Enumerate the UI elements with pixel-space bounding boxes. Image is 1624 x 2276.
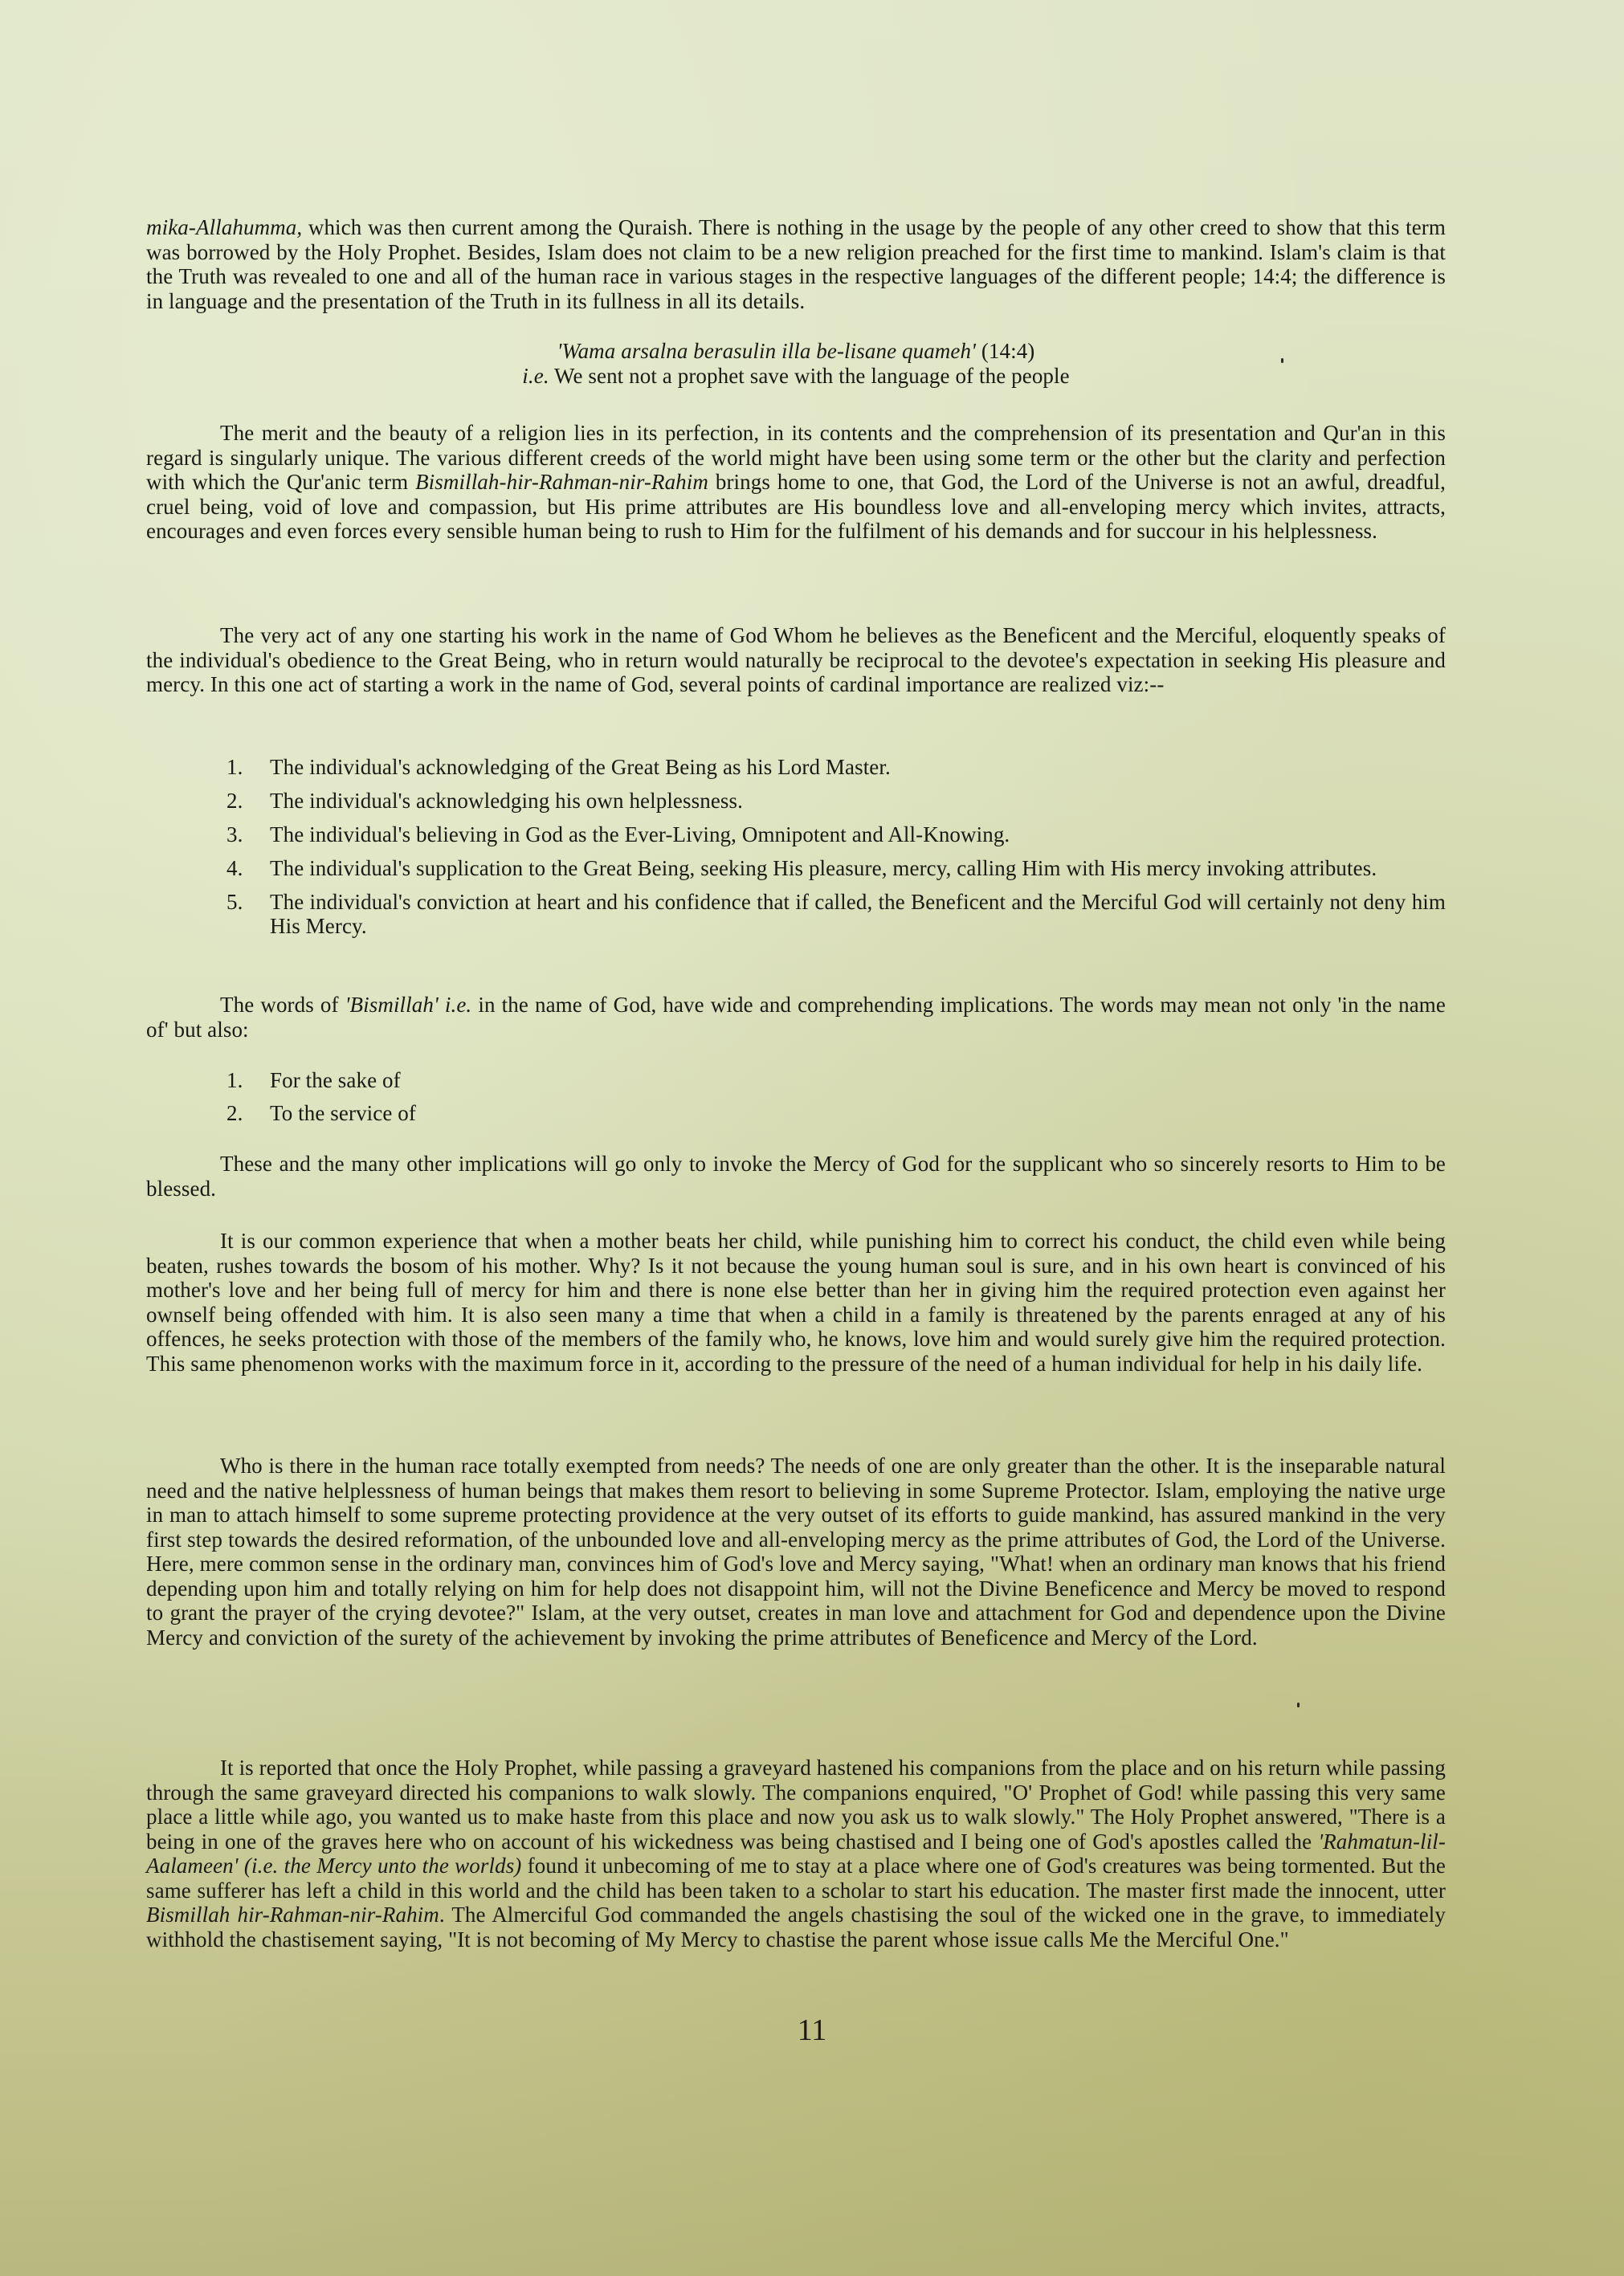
list-item: 2.To the service of — [226, 1101, 1446, 1126]
paragraph-mother-child: It is our common experience that when a … — [146, 1229, 1446, 1376]
paragraph-merit: The merit and the beauty of a religion l… — [146, 421, 1446, 544]
numbered-list: 1.The individual's acknowledging of the … — [146, 755, 1446, 938]
meanings-list: 1.For the sake of 2.To the service of — [146, 1068, 1446, 1125]
paragraph: mika-Allahumma, which was then current a… — [146, 215, 1446, 313]
paragraph: The words of 'Bismillah' i.e. in the nam… — [146, 993, 1446, 1042]
list-item: 1.The individual's acknowledging of the … — [226, 755, 1446, 779]
paragraph-human-needs: Who is there in the human race totally e… — [146, 1454, 1446, 1650]
italic-term: Bismillah hir-Rahman-nir-Rahim — [146, 1903, 439, 1927]
list-item: 4.The individual's supplication to the G… — [226, 856, 1446, 880]
paragraph: The very act of any one starting his wor… — [146, 623, 1446, 697]
print-speck — [1297, 1703, 1300, 1707]
paragraph-bismillah-words: The words of 'Bismillah' i.e. in the nam… — [146, 993, 1446, 1042]
numbered-list: 1.For the sake of 2.To the service of — [146, 1068, 1446, 1125]
list-item: 3.The individual's believing in God as t… — [226, 822, 1446, 846]
italic-term: mika-Allahumma, — [146, 215, 302, 239]
list-item: 2.The individual's acknowledging his own… — [226, 789, 1446, 813]
paragraph: These and the many other implications wi… — [146, 1152, 1446, 1201]
paragraph: The merit and the beauty of a religion l… — [146, 421, 1446, 544]
paragraph-graveyard-story: It is reported that once the Holy Prophe… — [146, 1756, 1446, 1952]
paragraph-implications: These and the many other implications wi… — [146, 1152, 1446, 1201]
document-page: mika-Allahumma, which was then current a… — [0, 0, 1624, 2276]
quran-quote: 'Wama arsalna berasulin illa be-lisane q… — [146, 339, 1446, 388]
list-item: 5.The individual's conviction at heart a… — [226, 890, 1446, 938]
quote-arabic: 'Wama arsalna berasulin illa be-lisane q… — [146, 339, 1446, 364]
print-speck — [1281, 358, 1283, 363]
points-list: 1.The individual's acknowledging of the … — [146, 755, 1446, 938]
paragraph-very-act: The very act of any one starting his wor… — [146, 623, 1446, 697]
paragraph: It is our common experience that when a … — [146, 1229, 1446, 1376]
page-number: 11 — [0, 2013, 1624, 2048]
quote-translation: i.e. We sent not a prophet save with the… — [146, 364, 1446, 389]
italic-term: 'Bismillah' — [345, 993, 439, 1017]
italic-term: Bismillah-hir-Rahman-nir-Rahim — [415, 470, 708, 494]
paragraph: Who is there in the human race totally e… — [146, 1454, 1446, 1650]
paragraph-continuation: mika-Allahumma, which was then current a… — [146, 215, 1446, 313]
paragraph: It is reported that once the Holy Prophe… — [146, 1756, 1446, 1952]
list-item: 1.For the sake of — [226, 1068, 1446, 1093]
